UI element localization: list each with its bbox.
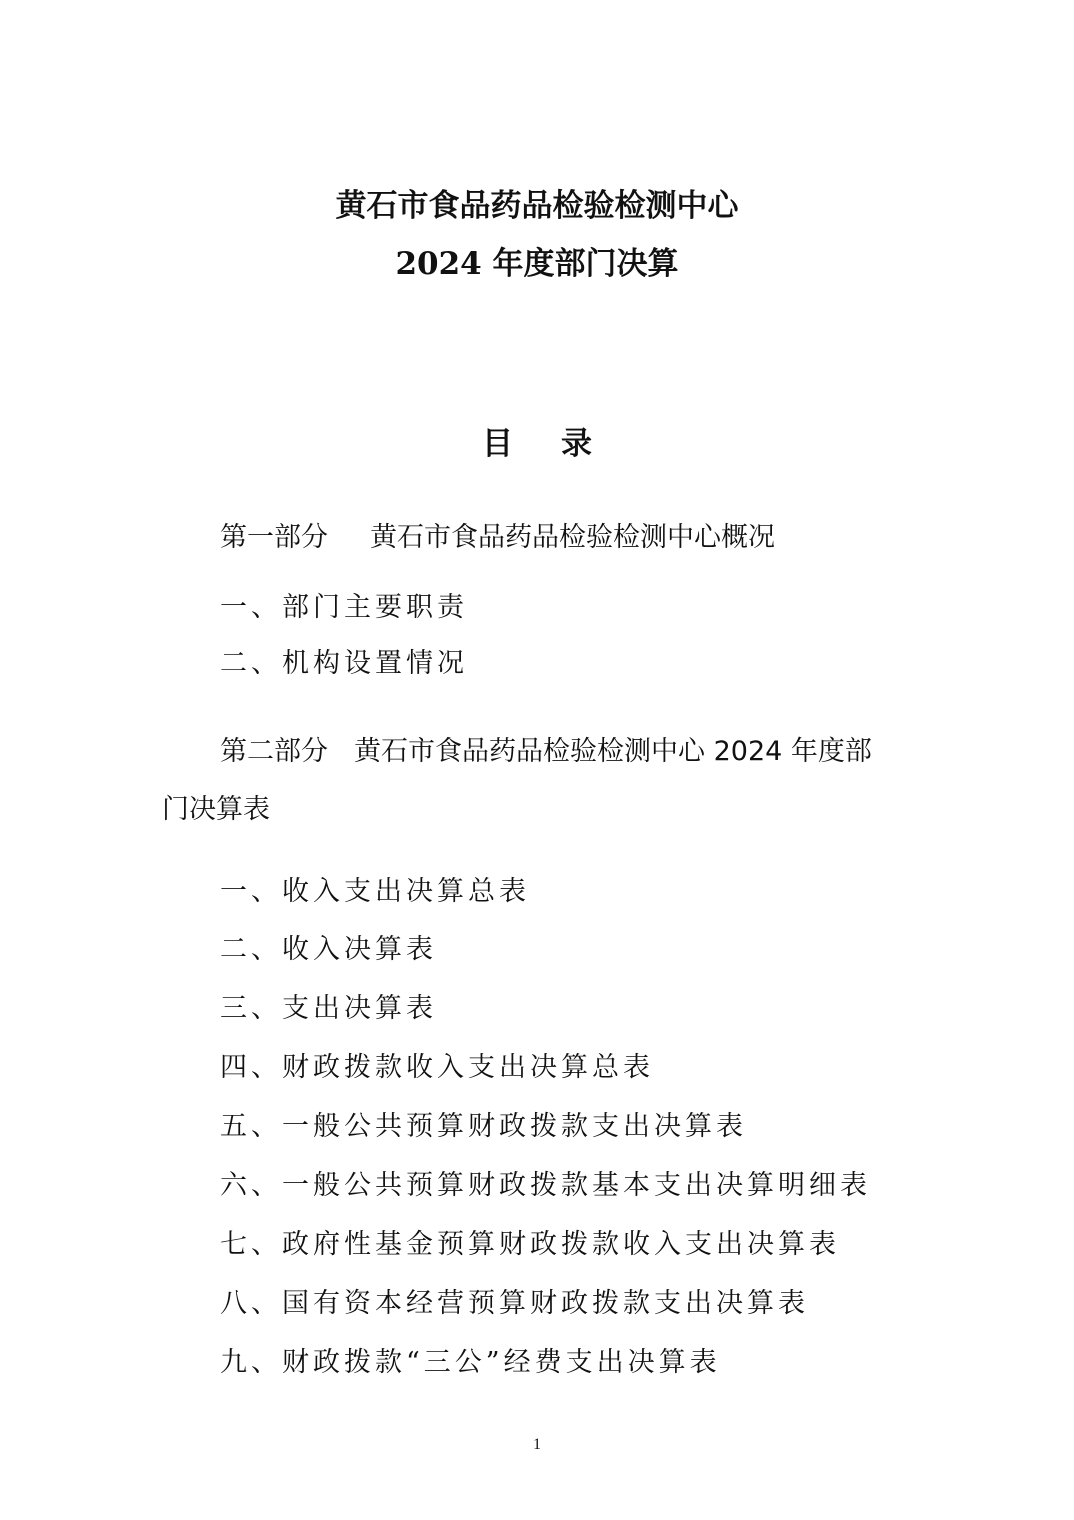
part2-title-line1: 黄石市食品药品检验检测中心 2024 年度部 (354, 736, 872, 767)
toc-item: 九、财政拨款“三公”经费支出决算表 (220, 1345, 721, 1381)
part2-heading: 第二部分黄石市食品药品检验检测中心 2024 年度部 (220, 734, 872, 770)
page-number: 1 (0, 1436, 1074, 1454)
toc-heading-right: 录 (561, 424, 592, 464)
toc-item: 五、一般公共预算财政拨款支出决算表 (220, 1109, 747, 1145)
toc-item: 一、部门主要职责 (220, 590, 468, 626)
part2-title-line2: 门决算表 (162, 792, 270, 828)
toc-item: 三、支出决算表 (220, 991, 437, 1027)
part1-label: 第一部分 (220, 522, 328, 553)
part1-title: 黄石市食品药品检验检测中心概况 (370, 522, 775, 553)
toc-item: 八、国有资本经营预算财政拨款支出决算表 (220, 1286, 809, 1322)
part1-heading: 第一部分黄石市食品药品检验检测中心概况 (220, 520, 775, 556)
part2-label: 第二部分 (220, 736, 328, 767)
toc-heading: 目录 (0, 424, 1074, 464)
toc-item: 二、机构设置情况 (220, 646, 468, 682)
document-page: 黄石市食品药品检验检测中心 2024 年度部门决算 目录 第一部分黄石市食品药品… (0, 0, 1074, 1520)
toc-item: 二、收入决算表 (220, 932, 437, 968)
toc-heading-left: 目 (482, 424, 513, 464)
document-title-line1: 黄石市食品药品检验检测中心 (0, 186, 1074, 226)
document-title-line2: 2024 年度部门决算 (0, 244, 1074, 284)
toc-item: 七、政府性基金预算财政拨款收入支出决算表 (220, 1227, 840, 1263)
toc-item: 六、一般公共预算财政拨款基本支出决算明细表 (220, 1168, 871, 1204)
toc-item: 一、收入支出决算总表 (220, 874, 530, 910)
toc-item: 四、财政拨款收入支出决算总表 (220, 1050, 654, 1086)
